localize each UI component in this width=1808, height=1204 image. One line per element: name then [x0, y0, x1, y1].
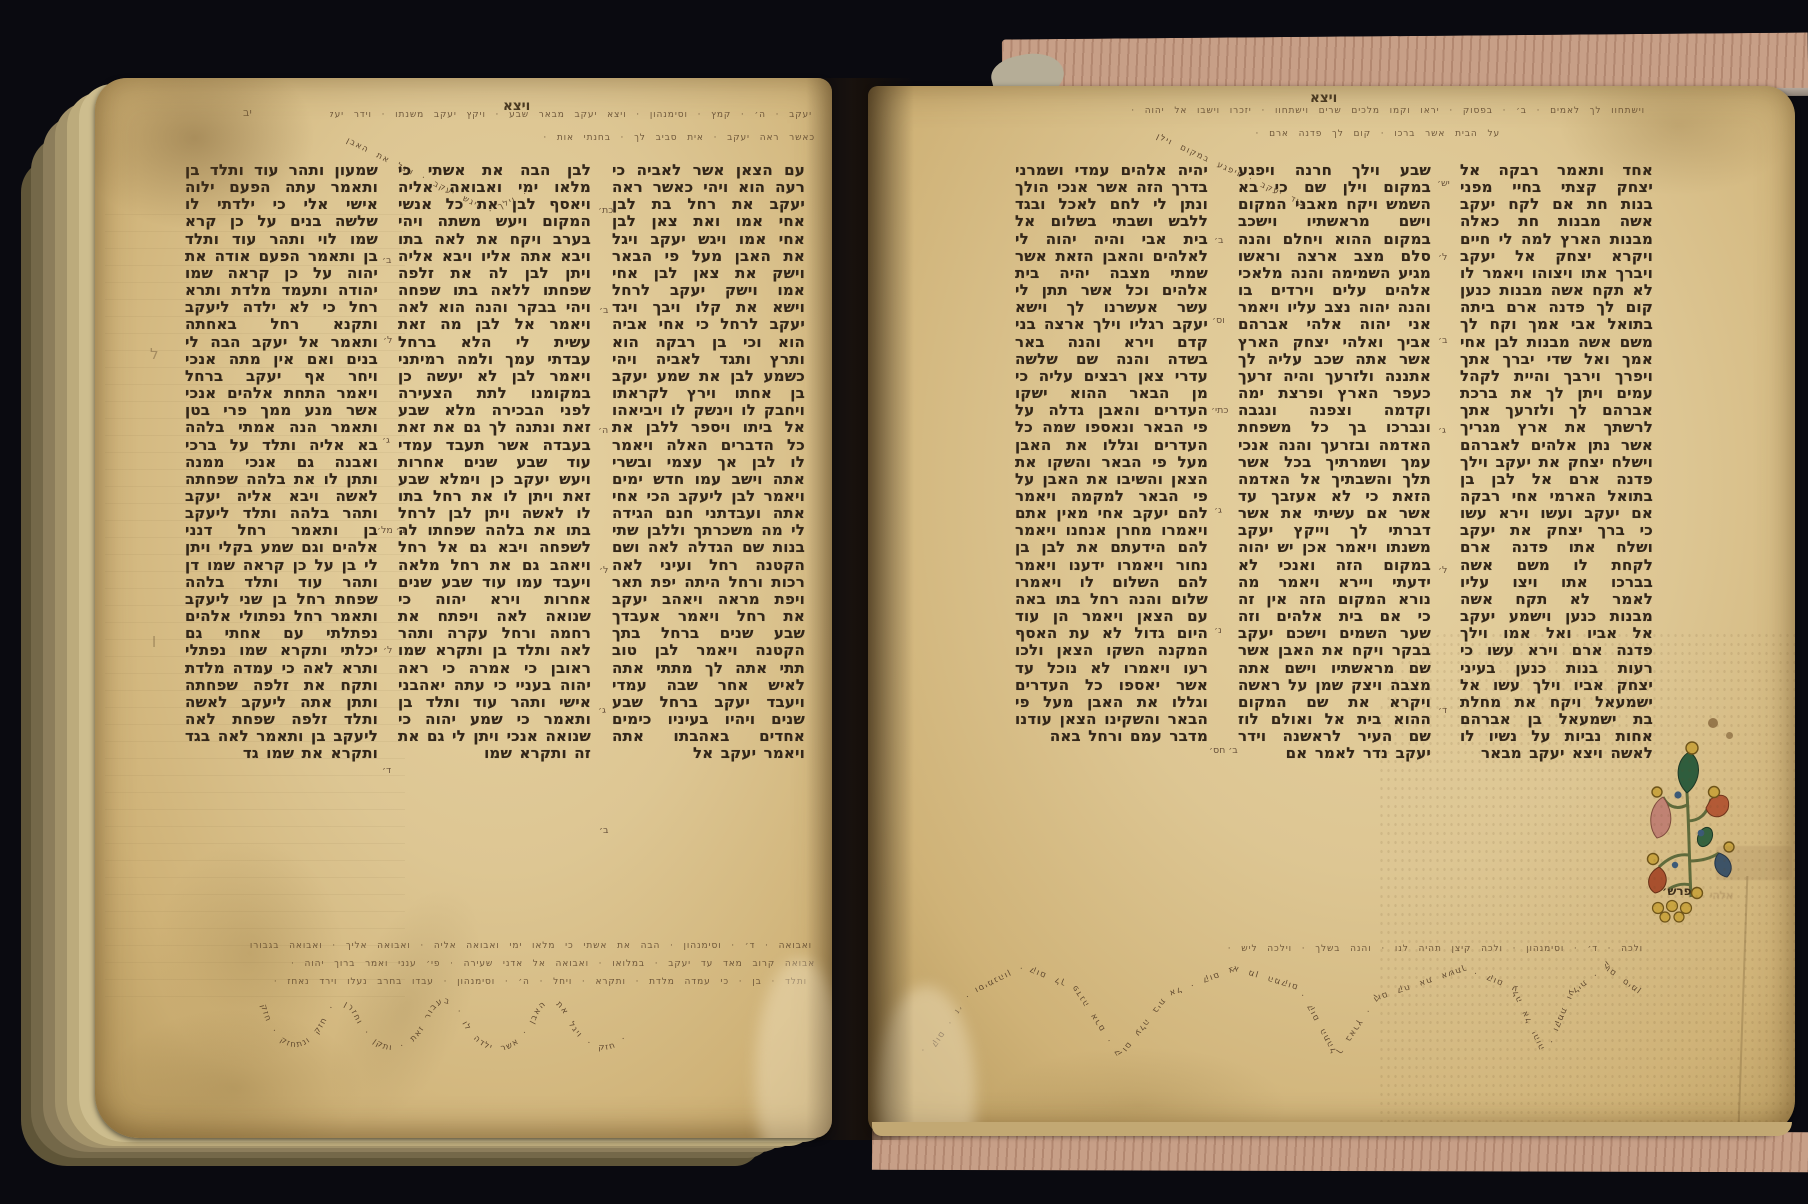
masora-parva-siglum: וס׳	[1212, 315, 1225, 326]
masora-parva-siglum: ב׳ מל׳	[377, 525, 405, 536]
masora-parva-siglum: ג׳	[382, 435, 390, 446]
masora-parva-siglum: ב׳	[1214, 235, 1223, 246]
crease-line	[1738, 876, 1749, 1126]
masora-magna-top-line: יעקב · ה׳ · קמץ · וסימנהון · ויצא יעקב מ…	[330, 110, 812, 120]
masora-parva-siglum: כת׳	[598, 205, 613, 216]
masora-magna-top-line: וישתחוו לך לאמים · ב׳ · בפסוק · יראו וקמ…	[980, 106, 1645, 116]
text-column: אחד ותאמר רבקה אל יצחק קצתי בחיי מפני בנ…	[1460, 162, 1653, 914]
masora-parva-siglum: ב׳	[1438, 335, 1447, 346]
text-column: שבע וילך חרנה ויפגע במקום וילן שם כי בא …	[1238, 162, 1431, 914]
masora-parva-siglum: ב׳	[382, 255, 391, 266]
margin-mark: ל	[150, 345, 159, 363]
svg-text:חזק · ויגל את האבן · אשר ילדה: חזק · ויגל את האבן · אשר ילדה לו · בעבור…	[258, 996, 629, 1054]
masora-parva-siglum: ל׳	[1438, 565, 1447, 576]
stain	[1708, 718, 1718, 728]
text-column: לבן הבה את אשתי כי מלאו ימי ואבואה אליה …	[398, 162, 591, 914]
masora-swag-micrography: חזק · ויגל את האבן · אשר ילדה לו · בעבור…	[255, 993, 810, 1073]
masora-parva-siglum: יש׳	[1437, 178, 1450, 189]
svg-text:קום · ז׳ · וסימנהון · קום לך פ: קום · ז׳ · וסימנהון · קום לך פדנה ארם · …	[918, 960, 1643, 1058]
running-title-right: ויצא	[1310, 90, 1337, 106]
manuscript-photograph: יב ויצא יעקב · ה׳ · קמץ · וסימנהון · ויצ…	[0, 0, 1808, 1204]
right-page-genesis-27-29: ויצא וישתחוו לך לאמים · ב׳ · בפסוק · ירא…	[868, 86, 1795, 1134]
masora-parva-siglum: ל׳	[383, 335, 392, 346]
masora-parva-siglum: כתי׳	[1211, 405, 1228, 416]
masora-magna-bottom-line: ותלד · בן · כי עמדה מלדת · ותקרא · ויחל …	[255, 977, 807, 987]
masora-parva-siglum: ד׳	[382, 765, 391, 776]
parashah-marker: פרש׳	[1662, 884, 1692, 898]
masora-zigzag-micrography: קום · ז׳ · וסימנהון · קום לך פדנה ארם · …	[905, 952, 1645, 1067]
masora-magna-bottom-line: ואבואה · ד׳ · וסימנהון · הבה את אשתי כי …	[250, 941, 812, 951]
text-column: שמעון ותהר עוד ותלד בן ותאמר עתה הפעם יל…	[185, 162, 378, 914]
masora-parva-siglum: ב׳ חס׳	[1209, 745, 1238, 756]
masora-parva-siglum: ל׳	[599, 565, 608, 576]
folio-mark: יב	[243, 106, 252, 119]
left-page-genesis-29-30: יב ויצא יעקב · ה׳ · קמץ · וסימנהון · ויצ…	[95, 78, 832, 1138]
faded-word: אלהי	[1710, 889, 1733, 902]
masora-parva-siglum: נ׳	[1214, 625, 1222, 636]
text-column: עם הצאן אשר לאביה כי רעה הוא ויהי כאשר ר…	[612, 162, 805, 914]
masora-parva-siglum: ד׳	[1438, 705, 1447, 716]
masora-parva-siglum: ב׳	[599, 305, 608, 316]
masora-parva-siglum: ל׳	[383, 645, 392, 656]
masora-parva-siglum: ג׳	[1438, 425, 1446, 436]
masora-parva-siglum: ל׳	[1438, 252, 1447, 263]
text-column: יהיה אלהים עמדי ושמרני בדרך הזה אשר אנכי…	[1015, 162, 1208, 914]
faded-owner-inscription	[1716, 846, 1792, 880]
leaf-edge	[872, 1122, 1792, 1136]
masora-parva-siglum: ב׳	[599, 825, 608, 836]
margin-mark: ן	[152, 630, 156, 648]
masora-parva-siglum: ג׳	[598, 705, 606, 716]
masora-magna-bottom-line: אבואה קרוב מאד עד יעקב · במלואו · ואבואה…	[245, 959, 815, 969]
gold-dot-cluster	[1648, 900, 1710, 924]
masora-parva-siglum: ה׳	[598, 425, 608, 436]
masora-parva-siglum: ג׳	[1214, 505, 1222, 516]
wooden-board-bottom-edge	[872, 1130, 1808, 1172]
